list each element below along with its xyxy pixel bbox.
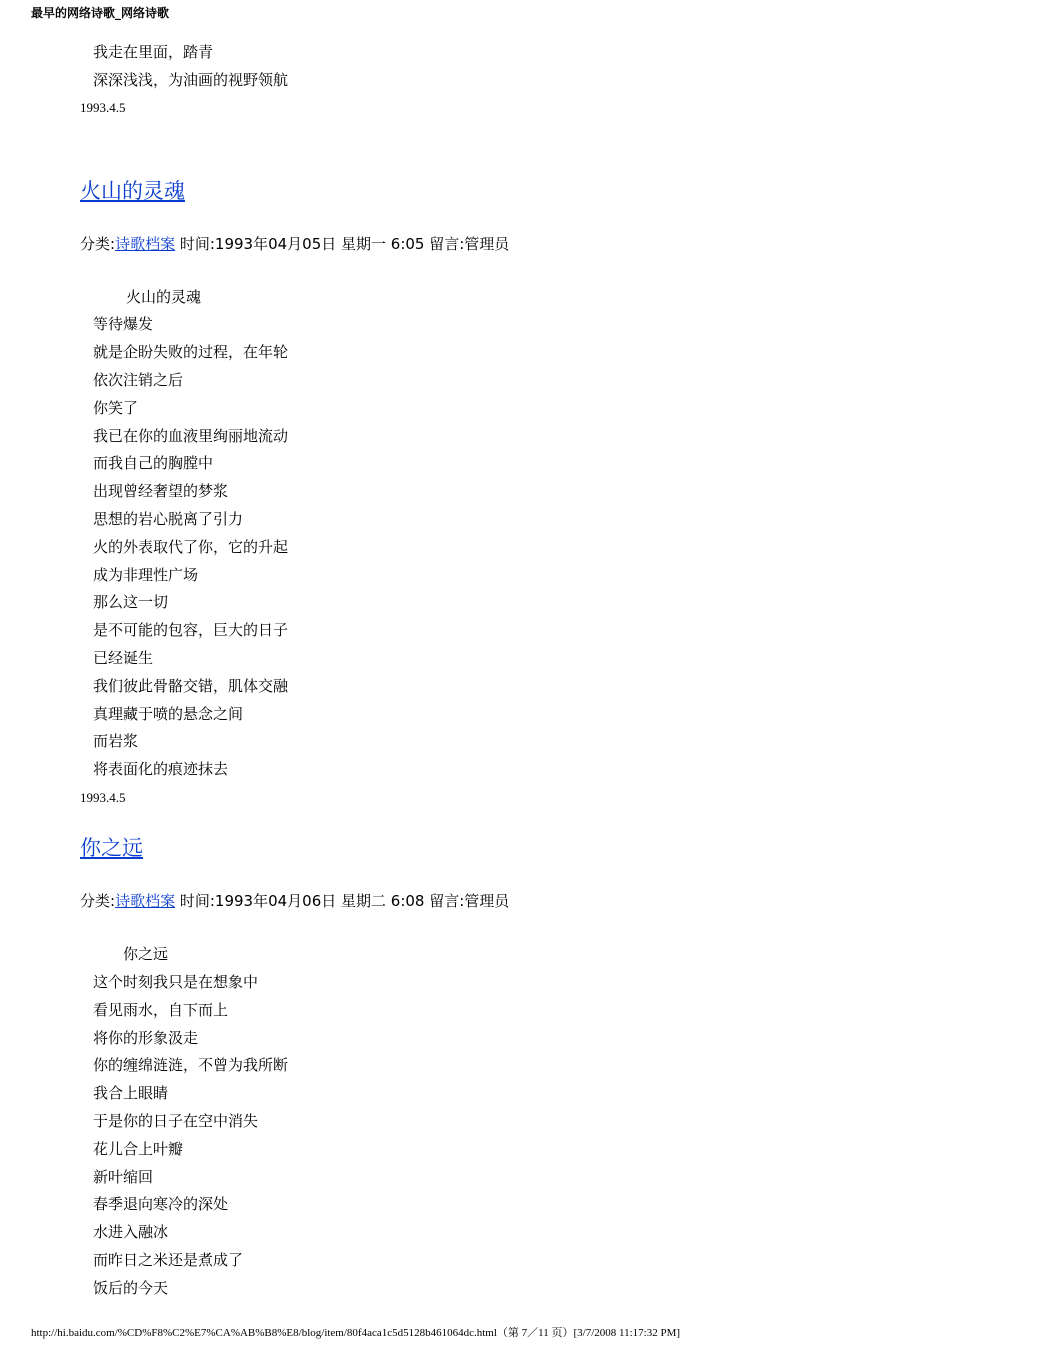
post-title-link[interactable]: 你之远 [80, 834, 143, 862]
poem-line: 看见雨水，自下而上 [93, 1000, 228, 1020]
poem-line: 你笑了 [93, 398, 138, 418]
post-title-link[interactable]: 火山的灵魂 [80, 177, 185, 205]
poem-line: 我们彼此骨骼交错，肌体交融 [93, 676, 288, 696]
page-footer-url: http://hi.baidu.com/%CD%F8%C2%E7%CA%AB%B… [31, 1326, 680, 1340]
post-meta: 分类:诗歌档案 时间:1993年04月06日 星期二 6:08 留言:管理员 [80, 891, 509, 911]
poem-line: 真理藏于喷的悬念之间 [93, 704, 243, 724]
poem-line: 而我自己的胸膛中 [93, 453, 213, 473]
poem-line: 饭后的今天 [93, 1278, 168, 1298]
poem-line: 就是企盼失败的过程，在年轮 [93, 342, 288, 362]
post-time: 时间:1993年04月05日 星期一 6:05 留言:管理员 [175, 235, 509, 253]
poem-line: 深深浅浅，为油画的视野领航 [93, 70, 288, 90]
post-meta: 分类:诗歌档案 时间:1993年04月05日 星期一 6:05 留言:管理员 [80, 234, 509, 254]
page-header: 最早的网络诗歌_网络诗歌 [31, 5, 169, 21]
poem-line: 我走在里面，踏青 [93, 42, 213, 62]
poem-line: 而岩浆 [93, 731, 138, 751]
poem-line: 等待爆发 [93, 314, 153, 334]
poem-line: 新叶缩回 [93, 1167, 153, 1187]
poem-line: 于是你的日子在空中消失 [93, 1111, 258, 1131]
poem-line: 我已在你的血液里绚丽地流动 [93, 426, 288, 446]
poem-line: 水进入融冰 [93, 1222, 168, 1242]
category-link[interactable]: 诗歌档案 [115, 892, 175, 910]
poem-line: 你的缠绵涟涟，不曾为我所断 [93, 1055, 288, 1075]
poem-line: 出现曾经奢望的梦浆 [93, 481, 228, 501]
poem-line: 那么这一切 [93, 592, 168, 612]
poem-line: 已经诞生 [93, 648, 153, 668]
category-label: 分类: [80, 235, 115, 253]
category-label: 分类: [80, 892, 115, 910]
category-link[interactable]: 诗歌档案 [115, 235, 175, 253]
poem-title: 你之远 [123, 944, 168, 964]
poem-line: 将表面化的痕迹抹去 [93, 759, 228, 779]
poem-line: 春季退向寒冷的深处 [93, 1194, 228, 1214]
poem-date: 1993.4.5 [80, 789, 126, 807]
poem-line: 成为非理性广场 [93, 565, 198, 585]
poem-line: 而昨日之米还是煮成了 [93, 1250, 243, 1270]
poem-line: 将你的形象汲走 [93, 1028, 198, 1048]
poem-date: 1993.4.5 [80, 99, 126, 117]
poem-line: 依次注销之后 [93, 370, 183, 390]
poem-line: 花儿合上叶瓣 [93, 1139, 183, 1159]
post-time: 时间:1993年04月06日 星期二 6:08 留言:管理员 [175, 892, 509, 910]
poem-line: 是不可能的包容，巨大的日子 [93, 620, 288, 640]
poem-line: 我合上眼睛 [93, 1083, 168, 1103]
poem-line: 思想的岩心脱离了引力 [93, 509, 243, 529]
poem-line: 火的外表取代了你，它的升起 [93, 537, 288, 557]
poem-line: 这个时刻我只是在想象中 [93, 972, 258, 992]
poem-title: 火山的灵魂 [126, 287, 201, 307]
